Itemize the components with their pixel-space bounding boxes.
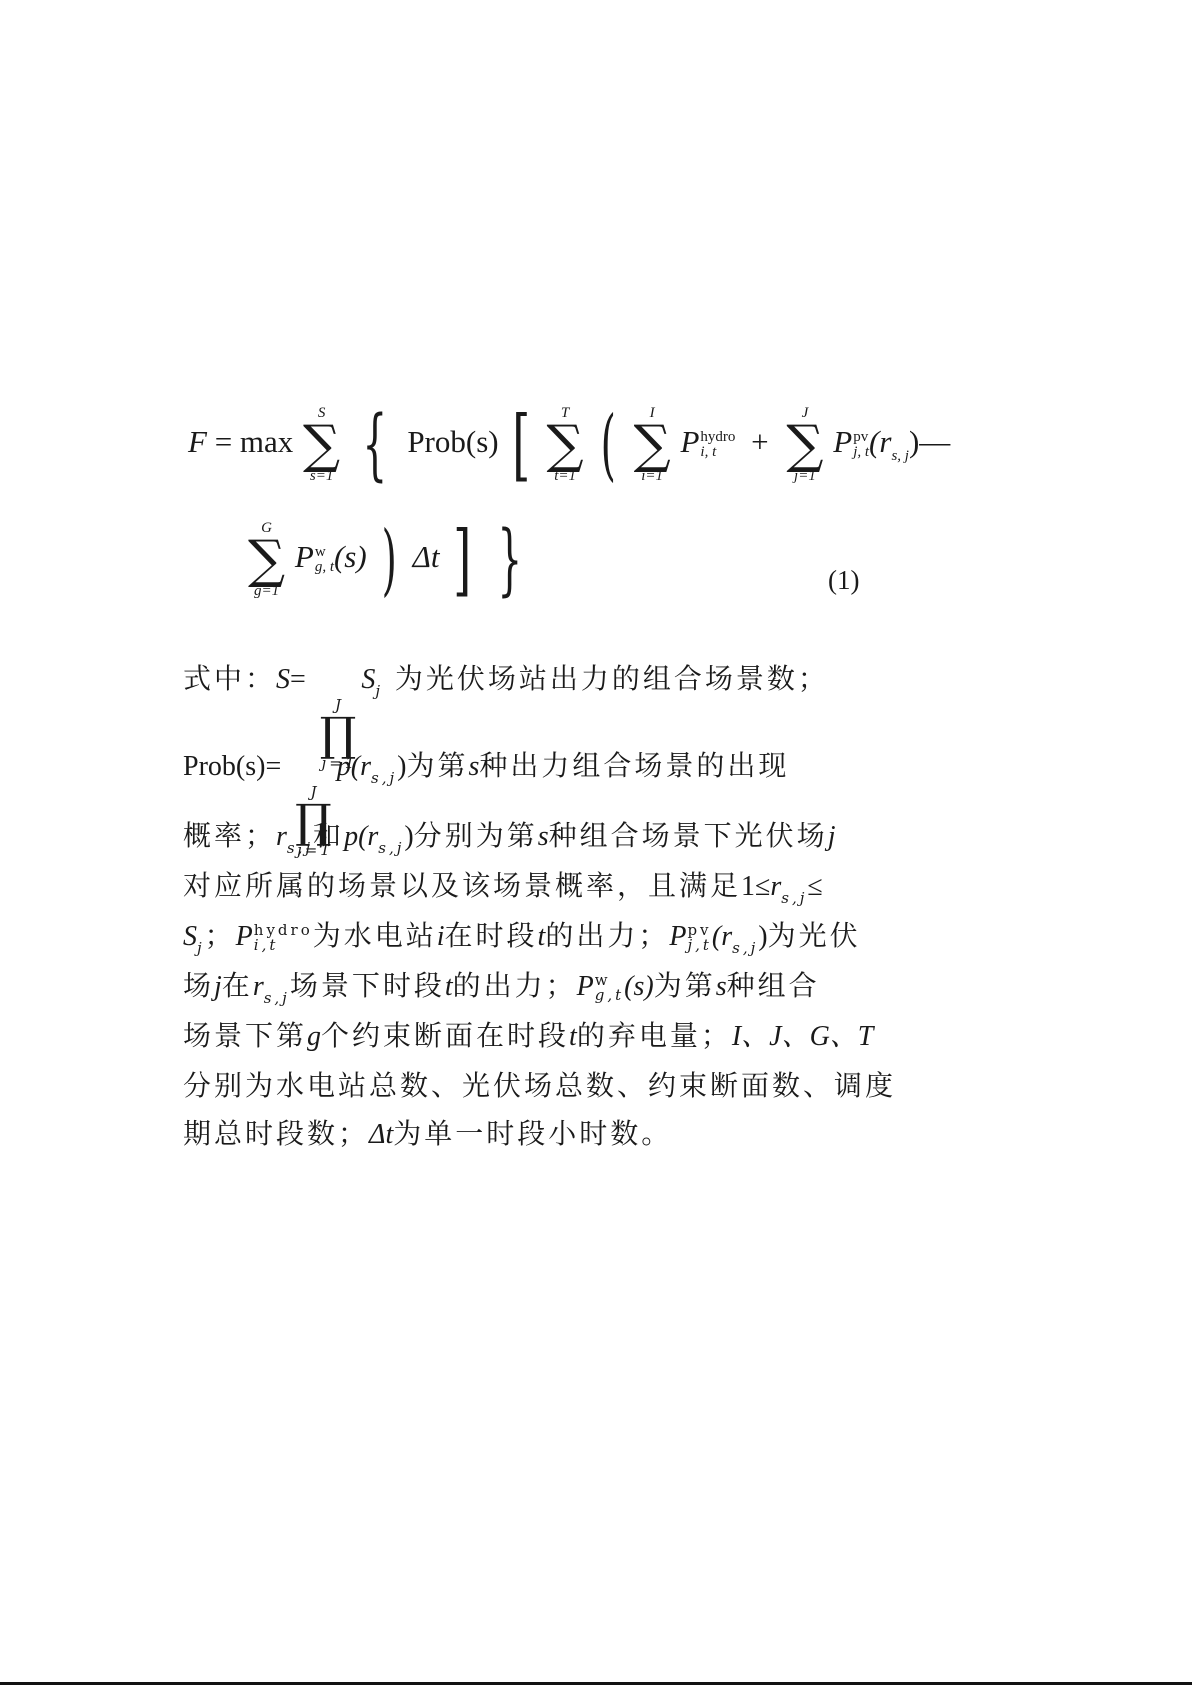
- sigma-icon: ∑: [786, 422, 823, 469]
- para-line-7: 场景下第g个约束断面在时段t的弃电量；I、J、G、T: [183, 1022, 873, 1051]
- product-icon: ∏: [320, 714, 360, 755]
- sigma-icon: ∑: [547, 422, 584, 469]
- prob-s: Prob(s): [407, 424, 498, 459]
- para-line-5: Sj；Phydroi,t为水电站i在时段t的出力；Ppvj,t(rs,j)为光伏: [183, 922, 873, 956]
- left-paren: (: [601, 406, 616, 484]
- sum-g: G ∑ g=1: [248, 520, 285, 600]
- equation-line-2: G ∑ g=1 Pwg, t(s) ) Δt ] }: [246, 520, 535, 600]
- eq-equals: =: [215, 424, 232, 459]
- right-brace: }: [498, 521, 523, 599]
- para-line-8: 分别为水电站总数、光伏场总数、约束断面数、调度: [183, 1072, 873, 1100]
- sigma-icon: ∑: [303, 422, 340, 469]
- left-bracket: [: [512, 406, 530, 484]
- equation-line-1: F = max S ∑ s=1 { Prob(s) [ T ∑ t=1 ( I …: [188, 405, 950, 485]
- equation-number: (1): [828, 565, 859, 596]
- sum-j: J ∑ j=1: [786, 405, 823, 485]
- sum-s: S ∑ s=1: [303, 405, 340, 485]
- right-bracket: ]: [453, 521, 471, 599]
- para-line-4: 对应所属的场景以及该场景概率，且满足1≤rs,j≤: [183, 872, 873, 906]
- left-brace: {: [362, 406, 387, 484]
- para-line-9: 期总时段数；Δt为单一时段小时数。: [183, 1120, 873, 1149]
- sum-t: T ∑ t=1: [547, 405, 584, 485]
- right-paren: ): [382, 521, 397, 599]
- sigma-icon: ∑: [248, 537, 285, 584]
- para-line-3: 概率；rs,j和p(rs,j)分别为第s种组合场景下光伏场j: [183, 822, 873, 856]
- para-line-6: 场j在rs,j场景下时段t的出力；Pwg,t(s)为第s种组合: [183, 972, 873, 1006]
- eq-max: max: [240, 424, 293, 459]
- eq-lhs: F: [188, 424, 207, 459]
- sum-i: I ∑ i=1: [634, 405, 671, 485]
- sigma-icon: ∑: [634, 422, 671, 469]
